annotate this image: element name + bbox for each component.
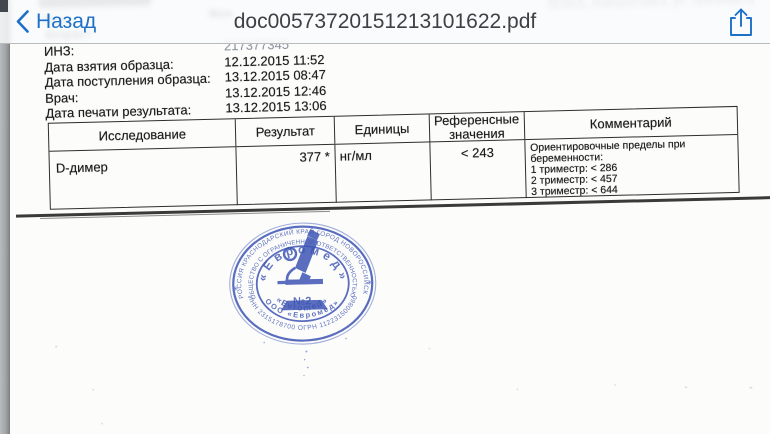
stamp-star-left: ✳ xyxy=(233,285,239,293)
header-study: Исследование xyxy=(49,119,237,151)
back-button-label: Назад xyxy=(36,11,96,32)
share-button[interactable] xyxy=(727,7,755,38)
field-value-print-date: 13.12.2015 13:06 xyxy=(225,99,327,115)
pdf-scan-page: Пол: Возраст Жен 353905, Новороссийск, у… xyxy=(0,0,770,434)
scan-speck xyxy=(428,348,430,350)
cell-reference: < 243 xyxy=(430,140,526,200)
company-stamp: РОССИЯ КРАСНОДАРСКИЙ КРАЙ ГОРОД НОВОРОСС… xyxy=(200,181,405,386)
scan-speck xyxy=(614,384,616,386)
scan-speck xyxy=(55,346,57,348)
scan-speck xyxy=(92,389,94,391)
field-label-print-date: Дата печати результата: xyxy=(45,103,191,121)
scan-speck xyxy=(749,387,752,389)
header-units: Единицы xyxy=(335,114,430,143)
scan-corner-artifact xyxy=(0,0,8,12)
field-label-sample-received: Дата поступления образца: xyxy=(45,72,211,90)
comment-line: 3 триместр: < 644 xyxy=(531,182,737,198)
document-title: doc00573720151213101622.pdf xyxy=(234,0,536,43)
header-comment: Комментарий xyxy=(524,107,737,139)
share-icon xyxy=(727,7,755,38)
header-result: Результат xyxy=(236,117,335,146)
field-label-inz: ИНЗ: xyxy=(44,44,75,59)
field-label-doctor: Врач: xyxy=(45,91,79,106)
navbar: Назад doc00573720151213101622.pdf xyxy=(0,0,770,44)
field-value-sample-received: 13.12.2015 08:47 xyxy=(225,68,327,84)
scan-speck xyxy=(101,423,103,425)
stamp-star-right: ✳ xyxy=(367,279,373,287)
header-reference: Референсные значения xyxy=(430,112,525,141)
scan-speck xyxy=(684,386,687,388)
cell-comment: Ориентировочные пределы при беременности… xyxy=(525,135,739,198)
back-chevron-icon xyxy=(16,10,29,33)
back-button[interactable]: Назад xyxy=(16,0,96,43)
scan-speck xyxy=(516,388,518,390)
